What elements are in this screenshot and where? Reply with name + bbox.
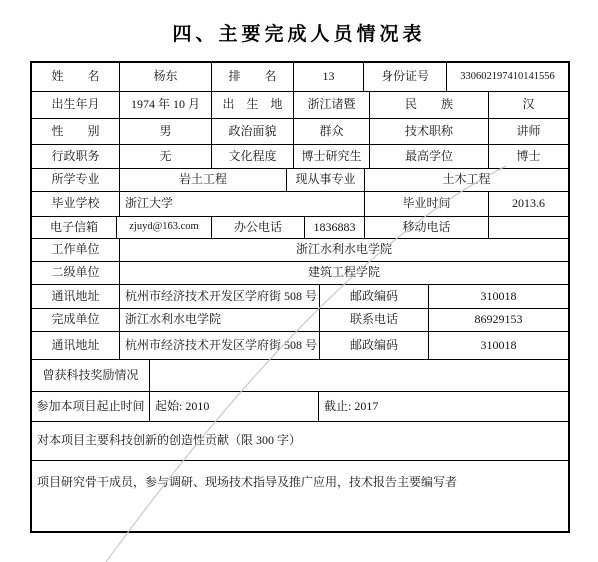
table-cell: 男 bbox=[120, 119, 212, 144]
personnel-table: 姓 名杨东排 名13身份证号330602197410141556出生年月1974… bbox=[30, 61, 570, 533]
table-cell bbox=[150, 360, 568, 391]
table-row: 性 别男政治面貌群众技术职称讲师 bbox=[32, 119, 568, 145]
table-cell: 博士研究生 bbox=[294, 145, 370, 168]
table-cell: 技术职称 bbox=[370, 119, 489, 144]
table-cell: 土木工程 bbox=[365, 169, 568, 191]
table-row: 行政职务无文化程度博士研究生最高学位博士 bbox=[32, 145, 568, 169]
table-row: 对本项目主要科技创新的创造性贡献（限 300 字） bbox=[32, 422, 568, 461]
table-row: 通讯地址杭州市经济技术开发区学府街 508 号邮政编码310018 bbox=[32, 285, 568, 309]
table-cell: 1836883 bbox=[305, 217, 365, 238]
table-cell: 所学专业 bbox=[32, 169, 120, 191]
table-cell: 岩土工程 bbox=[120, 169, 287, 191]
table-cell: 通讯地址 bbox=[32, 332, 120, 359]
table-cell: 民 族 bbox=[370, 92, 489, 118]
document-page: 四、主要完成人员情况表 姓 名杨东排 名13身份证号33060219741014… bbox=[0, 0, 598, 562]
table-cell: 毕业时间 bbox=[365, 192, 489, 216]
table-cell: 政治面貌 bbox=[212, 119, 294, 144]
table-cell: 浙江大学 bbox=[120, 192, 365, 216]
table-cell: 性 别 bbox=[32, 119, 120, 144]
table-cell: 完成单位 bbox=[32, 309, 120, 331]
table-cell: 姓 名 bbox=[32, 63, 120, 91]
table-cell: 群众 bbox=[294, 119, 370, 144]
table-cell: 杭州市经济技术开发区学府街 508 号 bbox=[120, 285, 320, 308]
table-cell: 浙江诸暨 bbox=[294, 92, 370, 118]
table-row: 项目研究骨干成员，参与调研、现场技术指导及推广应用，技术报告主要编写者 bbox=[32, 461, 568, 531]
table-cell: 1974 年 10 月 bbox=[120, 92, 212, 118]
table-cell: 出 生 地 bbox=[212, 92, 294, 118]
table-cell: 杨东 bbox=[120, 63, 212, 91]
table-row: 参加本项目起止时间起始: 2010截止: 2017 bbox=[32, 392, 568, 422]
table-cell: 身份证号 bbox=[364, 63, 447, 91]
table-row: 二级单位建筑工程学院 bbox=[32, 262, 568, 285]
table-cell: zjuyd@163.com bbox=[117, 217, 212, 238]
table-cell: 截止: 2017 bbox=[319, 392, 568, 421]
page-title: 四、主要完成人员情况表 bbox=[0, 19, 598, 46]
table-cell: 13 bbox=[294, 63, 364, 91]
table-cell: 建筑工程学院 bbox=[120, 262, 568, 284]
table-cell: 通讯地址 bbox=[32, 285, 120, 308]
table-cell: 330602197410141556 bbox=[447, 63, 568, 91]
table-row: 出生年月1974 年 10 月出 生 地浙江诸暨民 族汉 bbox=[32, 92, 568, 119]
table-cell bbox=[489, 217, 568, 238]
table-cell: 浙江水利水电学院 bbox=[120, 309, 320, 331]
table-cell: 杭州市经济技术开发区学府街 508 号 bbox=[120, 332, 320, 359]
table-cell: 2013.6 bbox=[489, 192, 568, 216]
table-cell: 文化程度 bbox=[212, 145, 294, 168]
table-row: 毕业学校浙江大学毕业时间2013.6 bbox=[32, 192, 568, 217]
table-row: 电子信箱zjuyd@163.com办公电话1836883移动电话 bbox=[32, 217, 568, 239]
table-cell: 二级单位 bbox=[32, 262, 120, 284]
table-cell: 浙江水利水电学院 bbox=[120, 239, 568, 261]
table-row: 完成单位浙江水利水电学院联系电话86929153 bbox=[32, 309, 568, 332]
table-cell: 排 名 bbox=[212, 63, 294, 91]
table-cell: 最高学位 bbox=[370, 145, 489, 168]
table-row: 工作单位浙江水利水电学院 bbox=[32, 239, 568, 262]
table-cell: 电子信箱 bbox=[32, 217, 117, 238]
table-cell: 汉 bbox=[489, 92, 568, 118]
table-cell: 工作单位 bbox=[32, 239, 120, 261]
table-cell: 移动电话 bbox=[365, 217, 489, 238]
table-row: 姓 名杨东排 名13身份证号330602197410141556 bbox=[32, 63, 568, 92]
table-cell: 博士 bbox=[489, 145, 568, 168]
table-cell: 310018 bbox=[429, 285, 568, 308]
table-cell: 无 bbox=[120, 145, 212, 168]
table-cell: 曾获科技奖励情况 bbox=[32, 360, 150, 391]
table-cell: 310018 bbox=[429, 332, 568, 359]
table-cell: 办公电话 bbox=[212, 217, 305, 238]
table-cell: 参加本项目起止时间 bbox=[32, 392, 150, 421]
table-cell: 现从事专业 bbox=[287, 169, 365, 191]
table-row: 通讯地址杭州市经济技术开发区学府街 508 号邮政编码310018 bbox=[32, 332, 568, 360]
table-cell: 联系电话 bbox=[320, 309, 429, 331]
table-cell: 对本项目主要科技创新的创造性贡献（限 300 字） bbox=[32, 422, 568, 460]
table-cell: 行政职务 bbox=[32, 145, 120, 168]
table-row: 所学专业岩土工程现从事专业土木工程 bbox=[32, 169, 568, 192]
table-cell: 出生年月 bbox=[32, 92, 120, 118]
table-cell: 项目研究骨干成员，参与调研、现场技术指导及推广应用，技术报告主要编写者 bbox=[32, 461, 568, 531]
table-cell: 86929153 bbox=[429, 309, 568, 331]
table-row: 曾获科技奖励情况 bbox=[32, 360, 568, 392]
table-cell: 讲师 bbox=[489, 119, 568, 144]
table-cell: 毕业学校 bbox=[32, 192, 120, 216]
table-cell: 邮政编码 bbox=[320, 285, 429, 308]
table-cell: 起始: 2010 bbox=[150, 392, 319, 421]
table-cell: 邮政编码 bbox=[320, 332, 429, 359]
